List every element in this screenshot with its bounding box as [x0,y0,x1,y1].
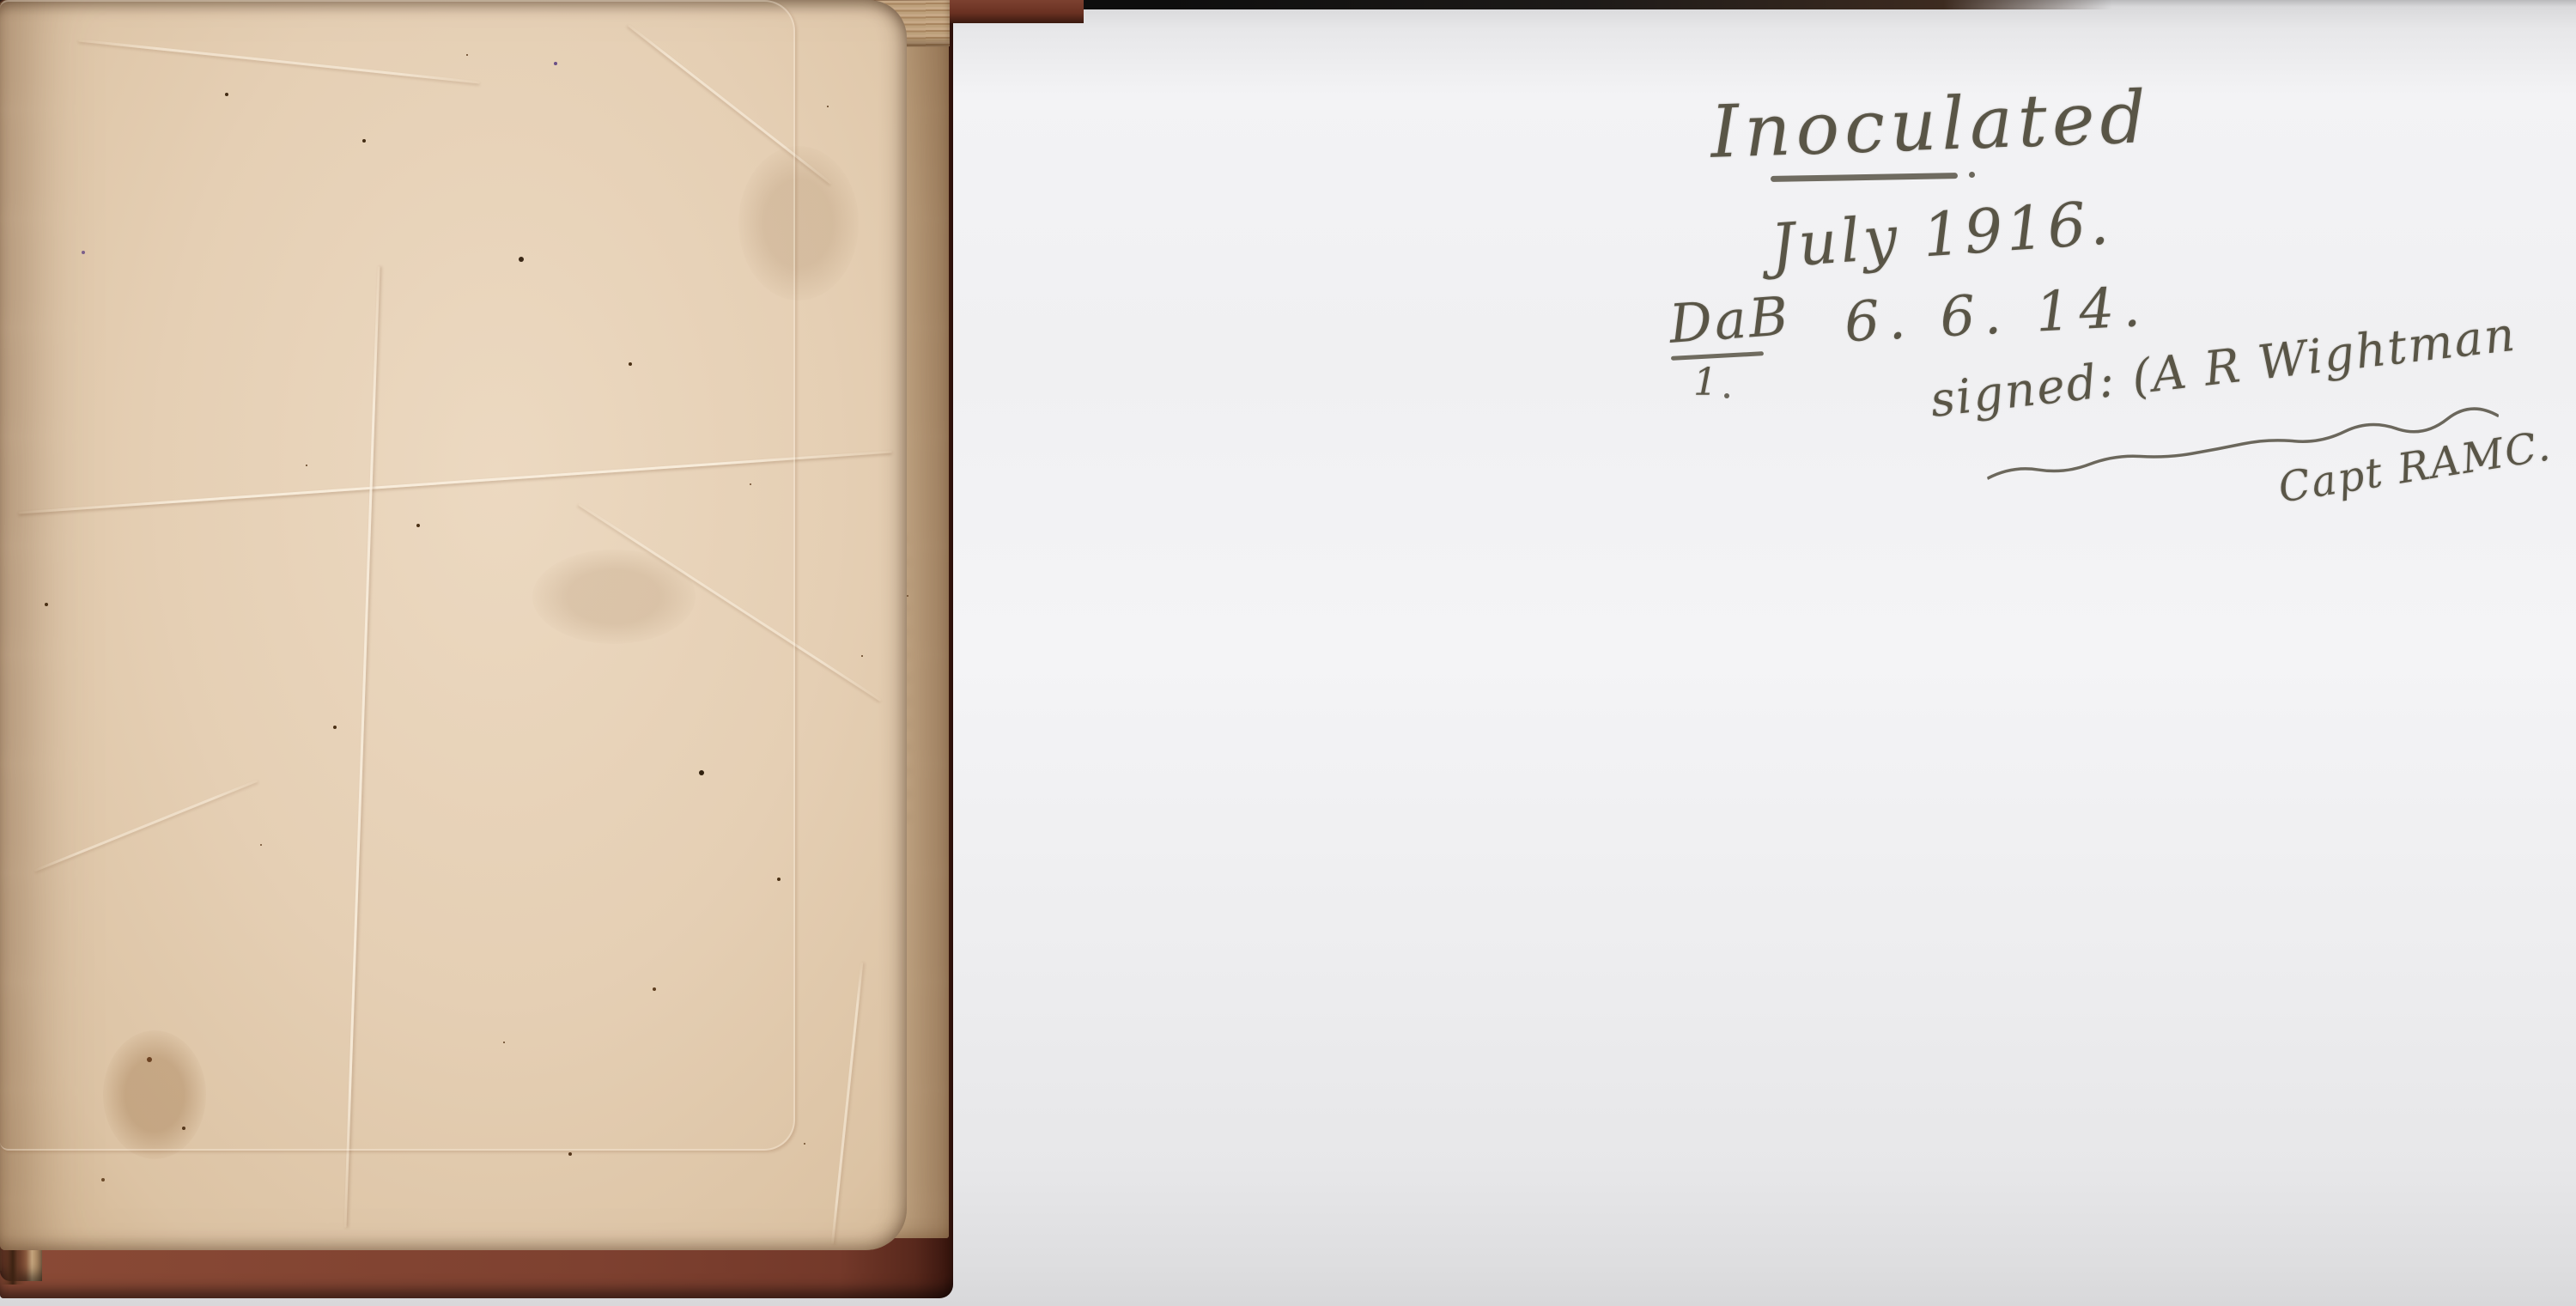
inoculated-period-dot [1969,172,1975,178]
scanned-book-spread: Inoculated July 1916. DaB 1 6. 6. 14. si… [0,0,2576,1306]
handwriting-inoculated: Inoculated [1709,75,2152,174]
handwriting-dab-denominator: 1 [1693,361,1717,404]
handwriting-dab-abbreviation: DaB [1668,284,1793,355]
crease-bottom-right [831,963,863,1245]
cover-turn-in-ridge [0,0,795,1151]
dab-dot [1724,393,1729,398]
